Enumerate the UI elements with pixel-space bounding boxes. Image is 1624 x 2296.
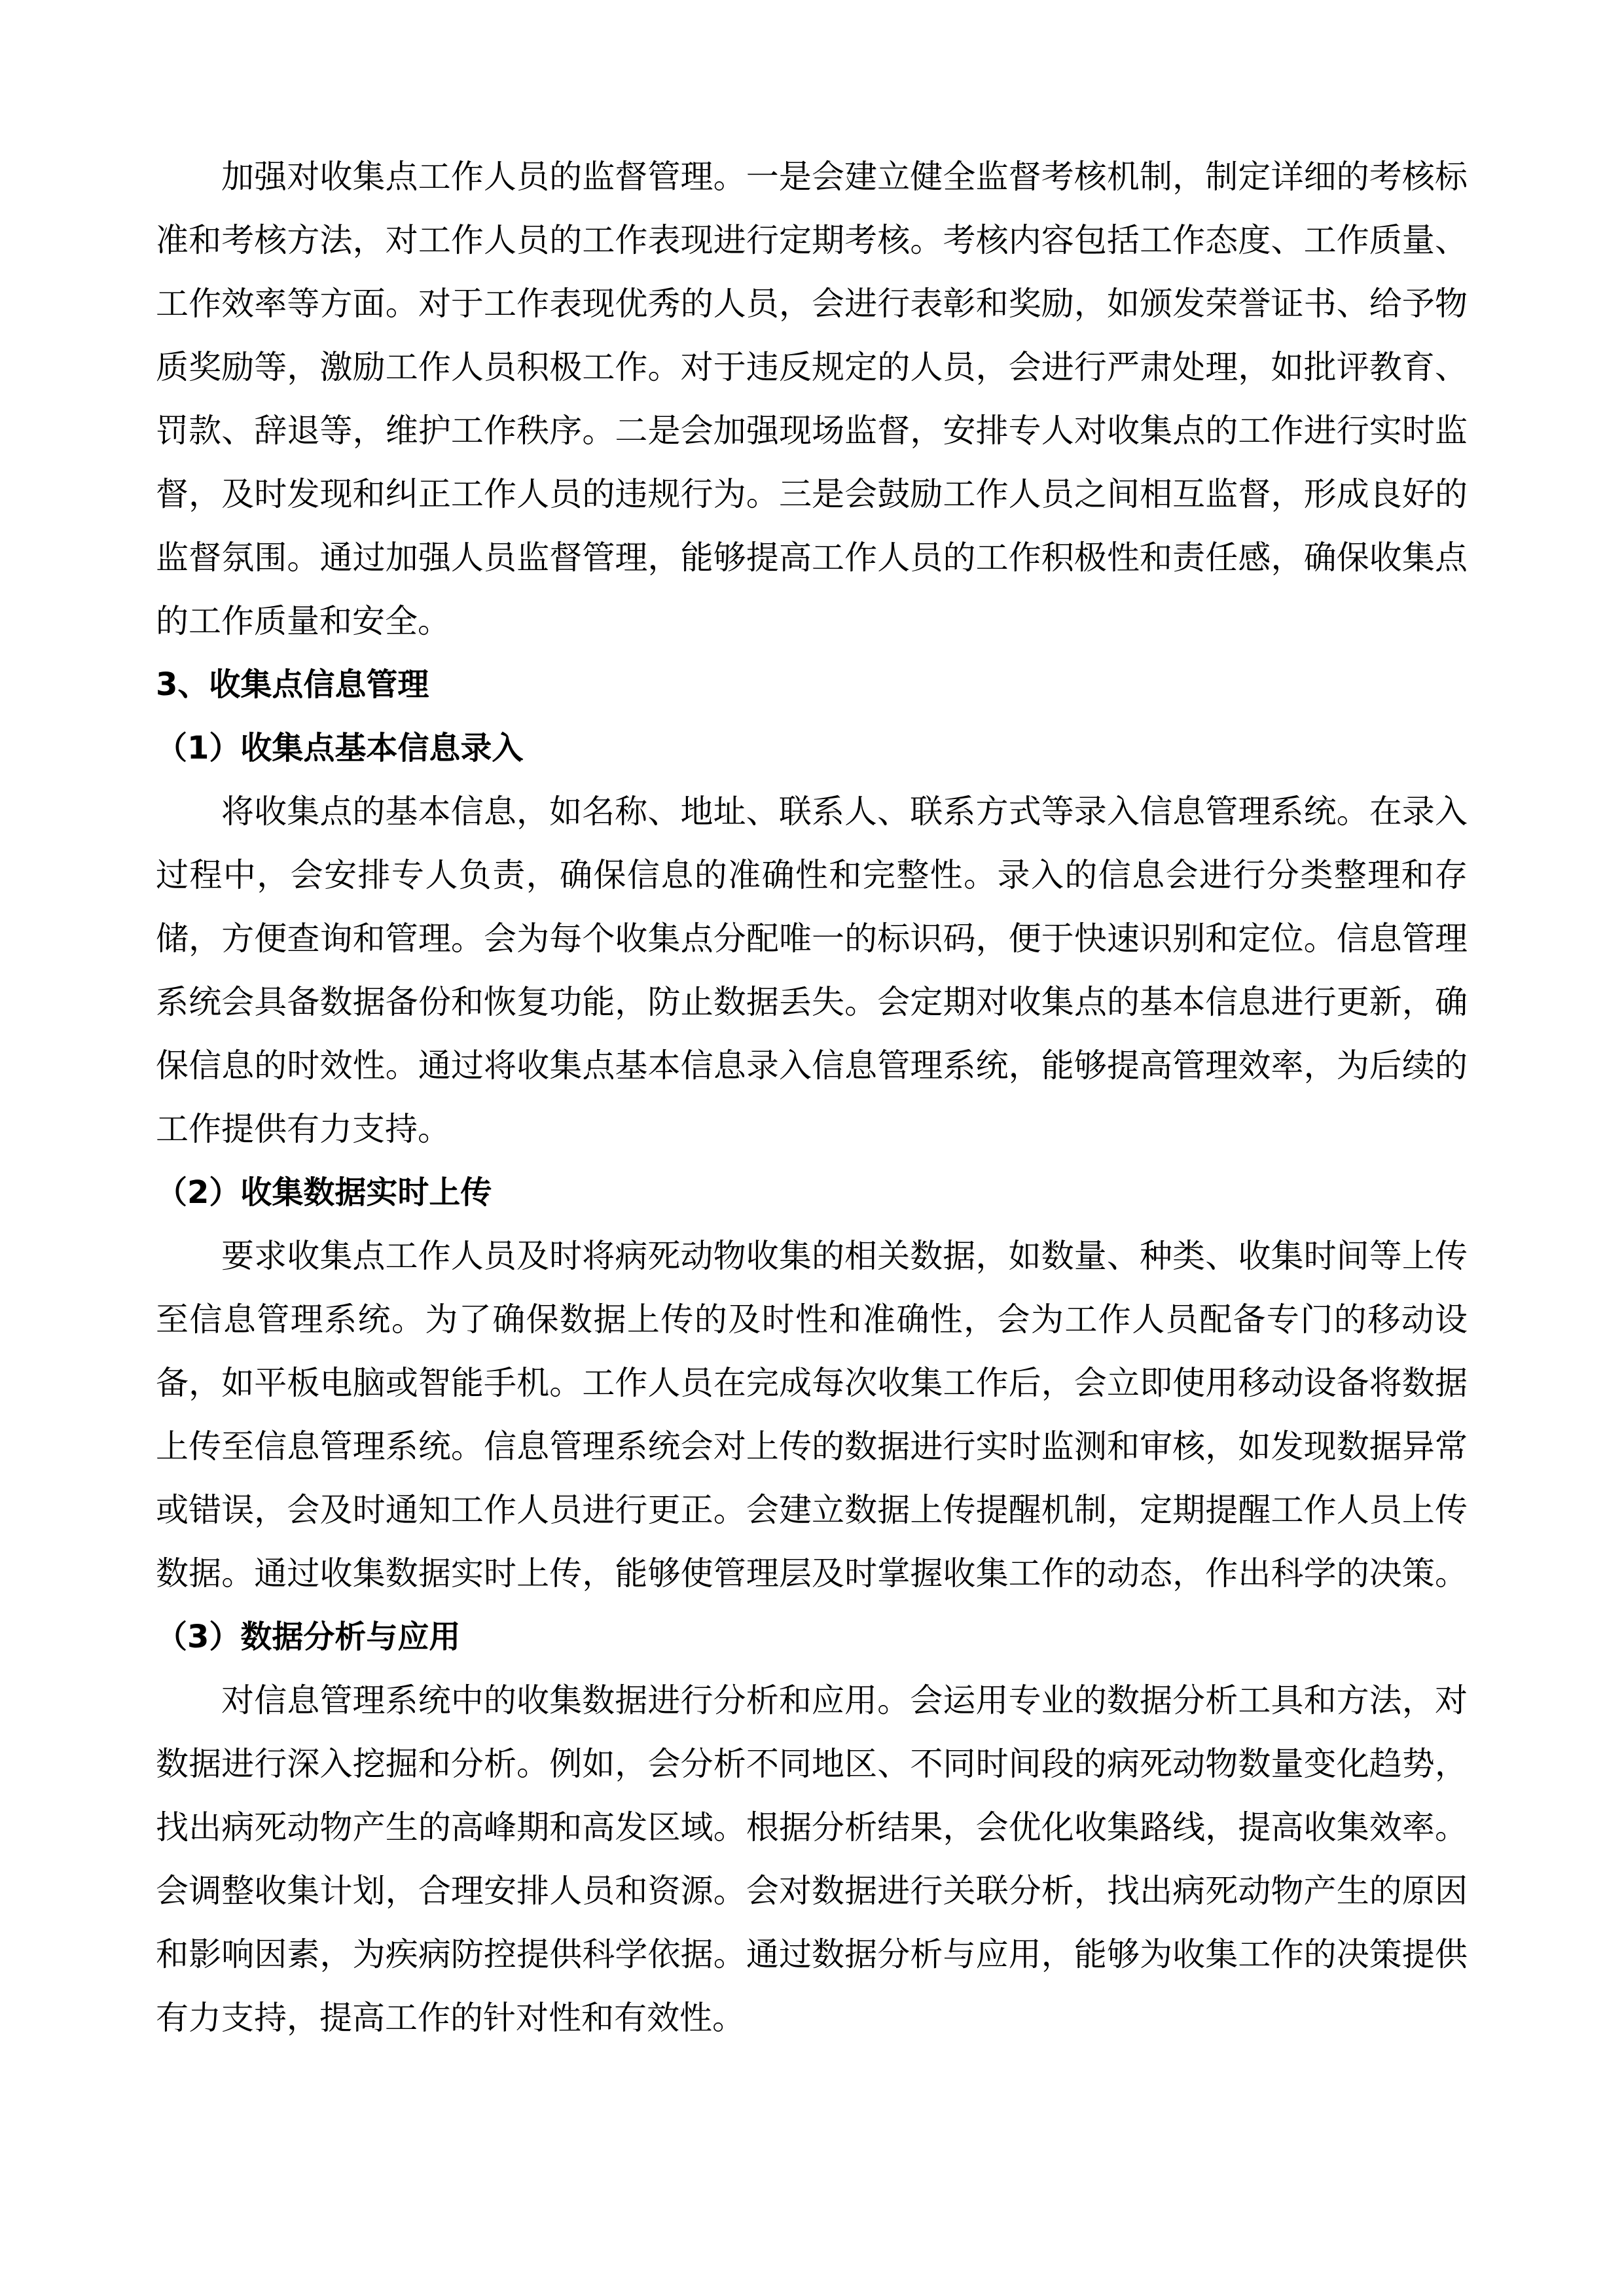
document-page: 加强对收集点工作人员的监督管理。一是会建立健全监督考核机制，制定详细的考核标 准… [156,145,1468,2050]
text-line: 数据。通过收集数据实时上传，能够使管理层及时掌握收集工作的动态，作出科学的决策。 [156,1542,1468,1605]
text-line: 有力支持，提高工作的针对性和有效性。 [156,1986,1468,2050]
paragraph-data-analysis: 对信息管理系统中的收集数据进行分析和应用。会运用专业的数据分析工具和方法，对 数… [156,1669,1468,2050]
subheading-data-analysis: （3）数据分析与应用 [156,1605,1468,1669]
subheading-realtime-upload: （2）收集数据实时上传 [156,1161,1468,1225]
paragraph-basic-info-entry: 将收集点的基本信息，如名称、地址、联系人、联系方式等录入信息管理系统。在录入 过… [156,780,1468,1161]
paragraph-realtime-upload: 要求收集点工作人员及时将病死动物收集的相关数据，如数量、种类、收集时间等上传 至… [156,1225,1468,1605]
text-line: 数据进行深入挖掘和分析。例如，会分析不同地区、不同时间段的病死动物数量变化趋势， [156,1732,1468,1796]
text-line: 工作效率等方面。对于工作表现优秀的人员，会进行表彰和奖励，如颁发荣誉证书、给予物 [156,272,1468,336]
text-line: 或错误，会及时通知工作人员进行更正。会建立数据上传提醒机制，定期提醒工作人员上传 [156,1479,1468,1542]
text-line: 系统会具备数据备份和恢复功能，防止数据丢失。会定期对收集点的基本信息进行更新，确 [156,971,1468,1034]
text-line: 储，方便查询和管理。会为每个收集点分配唯一的标识码，便于快速识别和定位。信息管理 [156,907,1468,971]
text-line: 将收集点的基本信息，如名称、地址、联系人、联系方式等录入信息管理系统。在录入 [156,780,1468,844]
text-line: 上传至信息管理系统。信息管理系统会对上传的数据进行实时监测和审核，如发现数据异常 [156,1415,1468,1479]
text-line: 备，如平板电脑或智能手机。工作人员在完成每次收集工作后，会立即使用移动设备将数据 [156,1352,1468,1415]
text-line: 至信息管理系统。为了确保数据上传的及时性和准确性，会为工作人员配备专门的移动设 [156,1288,1468,1352]
text-line: 保信息的时效性。通过将收集点基本信息录入信息管理系统，能够提高管理效率，为后续的 [156,1034,1468,1098]
text-line: 加强对收集点工作人员的监督管理。一是会建立健全监督考核机制，制定详细的考核标 [156,145,1468,209]
text-line: 工作提供有力支持。 [156,1098,1468,1161]
text-line: 过程中，会安排专人负责，确保信息的准确性和完整性。录入的信息会进行分类整理和存 [156,844,1468,907]
paragraph-staff-supervision: 加强对收集点工作人员的监督管理。一是会建立健全监督考核机制，制定详细的考核标 准… [156,145,1468,653]
section-heading-info-management: 3、收集点信息管理 [156,653,1468,717]
text-line: 对信息管理系统中的收集数据进行分析和应用。会运用专业的数据分析工具和方法，对 [156,1669,1468,1732]
text-line: 罚款、辞退等，维护工作秩序。二是会加强现场监督，安排专人对收集点的工作进行实时监 [156,399,1468,463]
text-line: 督，及时发现和纠正工作人员的违规行为。三是会鼓励工作人员之间相互监督，形成良好的 [156,463,1468,526]
text-line: 质奖励等，激励工作人员积极工作。对于违反规定的人员，会进行严肃处理，如批评教育、 [156,336,1468,399]
text-line: 要求收集点工作人员及时将病死动物收集的相关数据，如数量、种类、收集时间等上传 [156,1225,1468,1288]
text-line: 的工作质量和安全。 [156,590,1468,653]
text-line: 准和考核方法，对工作人员的工作表现进行定期考核。考核内容包括工作态度、工作质量、 [156,209,1468,272]
text-line: 监督氛围。通过加强人员监督管理，能够提高工作人员的工作积极性和责任感，确保收集点 [156,526,1468,590]
subheading-basic-info-entry: （1）收集点基本信息录入 [156,717,1468,780]
text-line: 找出病死动物产生的高峰期和高发区域。根据分析结果，会优化收集路线，提高收集效率。 [156,1796,1468,1859]
text-line: 会调整收集计划，合理安排人员和资源。会对数据进行关联分析，找出病死动物产生的原因 [156,1859,1468,1923]
text-line: 和影响因素，为疾病防控提供科学依据。通过数据分析与应用，能够为收集工作的决策提供 [156,1923,1468,1986]
